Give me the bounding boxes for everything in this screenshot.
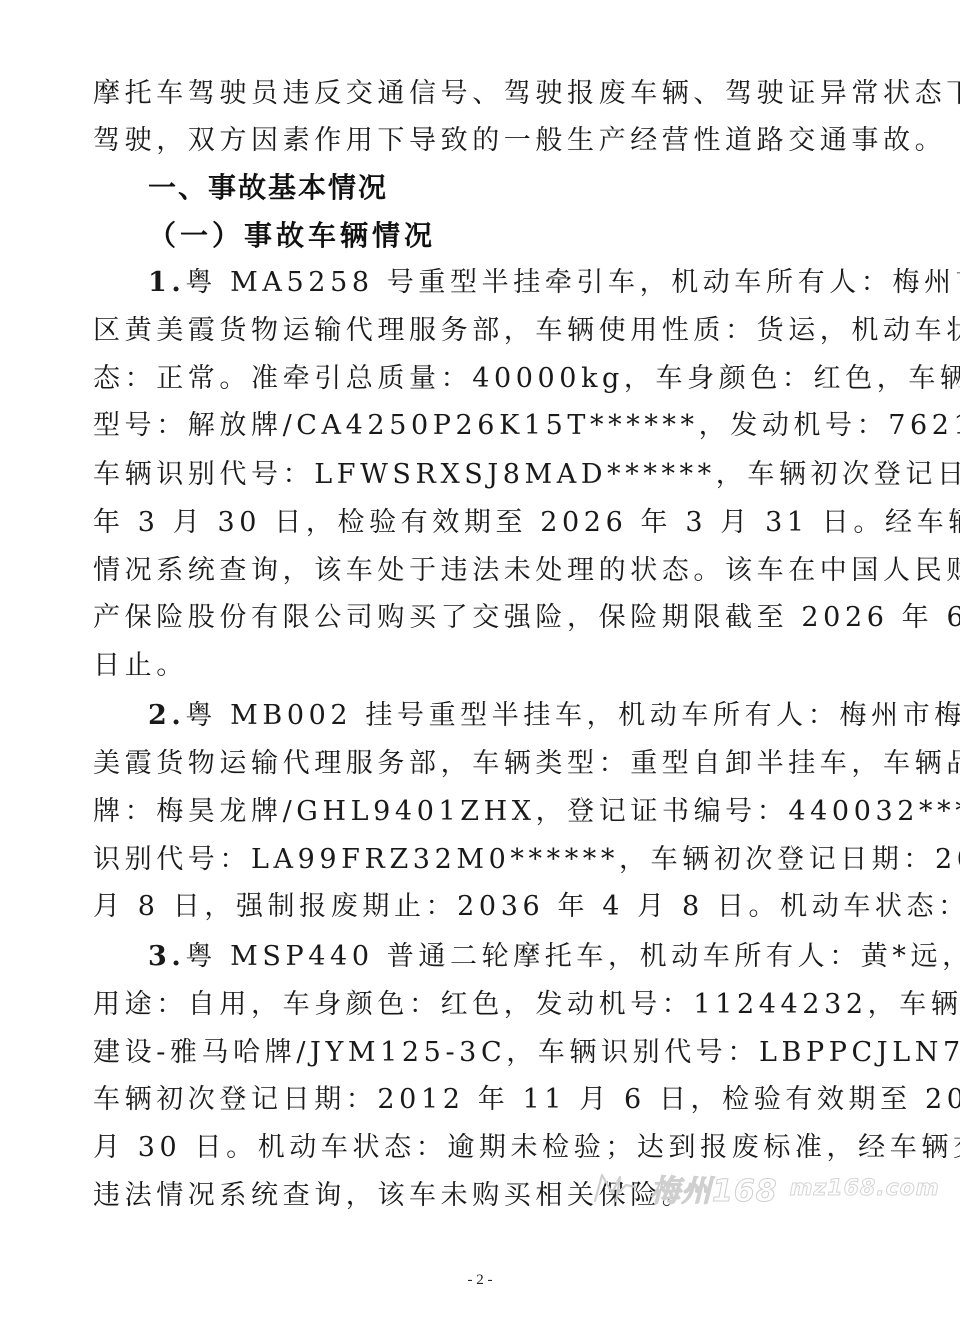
vehicle-1-line: 态：正常。准牵引总质量：40000kg，车身颜色：红色，车辆品牌 [93,359,873,399]
intro-line: 驾驶，双方因素作用下导致的一般生产经营性道路交通事故。 [93,121,873,161]
vehicle-1-line: 产保险股份有限公司购买了交强险，保险期限截至 2026 年 6 月 10 [93,598,873,638]
vehicle-2-first-text: 粤 MB002 挂号重型半挂车，机动车所有人：梅州市梅江区黄 [185,700,960,731]
page-number: - 2 - [0,1272,960,1289]
vehicle-1-line: 日止。 [93,646,873,686]
document-page: 摩托车驾驶员违反交通信号、驾驶报废车辆、驾驶证异常状态下 驾驶，双方因素作用下导… [0,0,960,1321]
vehicle-3-line: 用途：自用，车身颜色：红色，发动机号：11244232，车辆品牌： [93,985,873,1025]
subsection-heading: （一）事故车辆情况 [148,216,436,256]
vehicle-2-first-line: 2.粤 MB002 挂号重型半挂车，机动车所有人：梅州市梅江区黄 [148,696,873,736]
watermark-text: 梅州168 [650,1166,778,1210]
vehicle-2-line: 牌：梅昊龙牌/GHL9401ZHX，登记证书编号：440032*****，车辆 [93,792,873,832]
vehicle-3-number: 3. [148,941,185,972]
vehicle-2-number: 2. [148,700,185,731]
vehicle-1-first-line: 1.粤 MA5258 号重型半挂牵引车，机动车所有人：梅州市梅江 [148,263,873,303]
vehicle-3-line: 车辆初次登记日期：2012 年 11 月 6 日，检验有效期至 2014 年 1… [93,1080,873,1120]
watermark: 梅州168 mz168.com [592,1166,940,1210]
vehicle-2-line: 识别代号：LA99FRZ32M0******，车辆初次登记日期：2021 年 4 [93,840,873,880]
vehicle-2-line: 美霞货物运输代理服务部，车辆类型：重型自卸半挂车，车辆品 [93,744,873,784]
vehicle-1-line: 车辆识别代号：LFWSRXSJ8MAD******，车辆初次登记日期：2021 [93,455,873,495]
vehicle-1-line: 区黄美霞货物运输代理服务部，车辆使用性质：货运，机动车状 [93,311,873,351]
intro-line: 摩托车驾驶员违反交通信号、驾驶报废车辆、驾驶证异常状态下 [93,74,873,114]
section-heading: 一、事故基本情况 [148,168,388,208]
mz168-logo-icon [592,1171,638,1205]
vehicle-3-first-text: 粤 MSP440 普通二轮摩托车，机动车所有人：黄*远，车辆 [185,941,960,972]
vehicle-3-line: 月 30 日。机动车状态：逾期未检验；达到报废标准，经车辆交通 [93,1128,873,1168]
vehicle-3-first-line: 3.粤 MSP440 普通二轮摩托车，机动车所有人：黄*远，车辆 [148,937,873,977]
vehicle-1-line: 型号：解放牌/CA4250P26K15T******，发动机号：7621B***… [93,406,873,446]
vehicle-2-line: 月 8 日，强制报废期止：2036 年 4 月 8 日。机动车状态：正常。 [93,887,873,927]
vehicle-3-line: 建设-雅马哈牌/JYM125-3C，车辆识别代号：LBPPCJLN7B0****… [93,1033,873,1073]
watermark-domain: mz168.com [790,1176,940,1201]
vehicle-1-number: 1. [148,267,185,298]
vehicle-1-line: 年 3 月 30 日，检验有效期至 2026 年 3 月 31 日。经车辆交通违… [93,503,873,543]
vehicle-1-first-text: 粤 MA5258 号重型半挂牵引车，机动车所有人：梅州市梅江 [185,267,960,298]
vehicle-1-line: 情况系统查询，该车处于违法未处理的状态。该车在中国人民财 [93,551,873,591]
